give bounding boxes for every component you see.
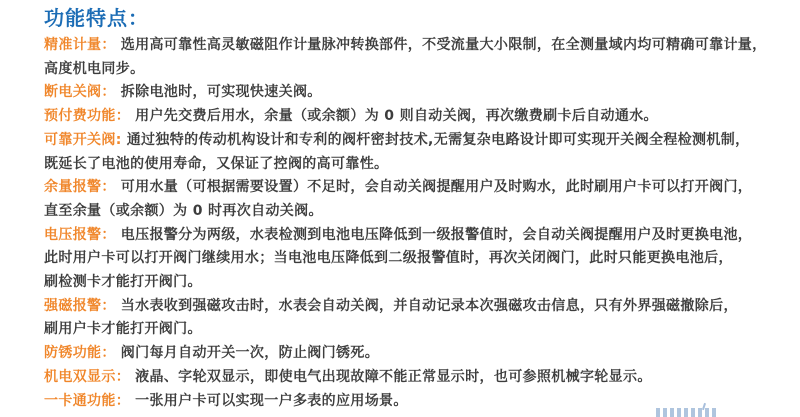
feature-line: 预付费功能：用户先交费后用水，余量（或余额）为 0 则自动关阀，再次缴费刷卡后自… [44, 105, 770, 129]
feature-line: 余量报警：可用水量（可根据需要设置）不足时，会自动关阀提醒用户及时购水，此时刷用… [44, 176, 770, 200]
feature-text: 一张用户卡可以实现一户多表的应用场景。 [135, 393, 408, 409]
feature-text: 拆除电池时，可实现快速关阀。 [121, 84, 322, 100]
feature-line: 机电双显示：液晶、字轮双显示，即使电气出现故障不能正常显示时，也可参照机械字轮显… [44, 366, 770, 390]
page: { "page": { "title": "功能特点：" }, "colors"… [0, 0, 800, 417]
feature-label: 精准计量： [44, 37, 116, 53]
feature-text: 可用水量（可根据需要设置）不足时，会自动关阀提醒用户及时购水，此时刷用户卡可以打… [121, 179, 752, 195]
feature-label: 强磁报警： [44, 298, 116, 314]
feature-reliable-valve: 可靠开关阀:通过独特的传动机构设计和专利的阀杆密封技术,无需复杂电路设计即可实现… [44, 129, 770, 176]
feature-text: 当水表收到强磁攻击时，水表会自动关阀，并自动记录本次强磁攻击信息，只有外界强磁撤… [121, 298, 738, 314]
feature-label: 可靠开关阀: [44, 132, 122, 148]
feature-anti-rust: 防锈功能：阀门每月自动开关一次，防止阀门锈死。 [44, 342, 770, 366]
feature-label: 机电双显示： [44, 369, 130, 385]
watermark-smudge [656, 408, 718, 417]
feature-line: 刷检测卡才能打开阀门。 [44, 271, 770, 295]
feature-line: 直至余量（或余额）为 0 时再次自动关阀。 [44, 200, 770, 224]
feature-label: 断电关阀： [44, 84, 116, 100]
feature-line: 刷用户卡才能打开阀门。 [44, 318, 770, 342]
feature-text: 选用高可靠性高灵敏磁阻作计量脉冲转换部件，不受流量大小限制，在全测量域内均可精确… [121, 37, 767, 53]
feature-line: 防锈功能：阀门每月自动开关一次，防止阀门锈死。 [44, 342, 770, 366]
feature-label: 一卡通功能： [44, 393, 130, 409]
feature-text: 用户先交费后用水，余量（或余额）为 0 则自动关阀，再次缴费刷卡后自动通水。 [135, 108, 658, 124]
feature-prepaid: 预付费功能：用户先交费后用水，余量（或余额）为 0 则自动关阀，再次缴费刷卡后自… [44, 105, 770, 129]
feature-document: 功能特点： 精准计量：选用高可靠性高灵敏磁阻作计量脉冲转换部件，不受流量大小限制… [0, 0, 800, 413]
feature-text: 通过独特的传动机构设计和专利的阀杆密封技术,无需复杂电路设计即可实现开关阀全程检… [127, 132, 750, 148]
feature-line: 强磁报警：当水表收到强磁攻击时，水表会自动关阀，并自动记录本次强磁攻击信息，只有… [44, 295, 770, 319]
feature-line: 精准计量：选用高可靠性高灵敏磁阻作计量脉冲转换部件，不受流量大小限制，在全测量域… [44, 34, 770, 58]
feature-label: 防锈功能： [44, 345, 116, 361]
feature-line: 高度机电同步。 [44, 58, 770, 82]
feature-line: 断电关阀：拆除电池时，可实现快速关阀。 [44, 81, 770, 105]
feature-line: 电压报警：电压报警分为两级，水表检测到电池电压降低到一级报警值时，会自动关阀提醒… [44, 224, 770, 248]
feature-magnet-alarm: 强磁报警：当水表收到强磁攻击时，水表会自动关阀，并自动记录本次强磁攻击信息，只有… [44, 295, 770, 342]
feature-balance-alarm: 余量报警：可用水量（可根据需要设置）不足时，会自动关阀提醒用户及时购水，此时刷用… [44, 176, 770, 223]
feature-label: 预付费功能： [44, 108, 130, 124]
feature-line: 可靠开关阀:通过独特的传动机构设计和专利的阀杆密封技术,无需复杂电路设计即可实现… [44, 129, 770, 153]
page-title: 功能特点： [44, 5, 770, 32]
feature-label: 余量报警： [44, 179, 116, 195]
feature-voltage-alarm: 电压报警：电压报警分为两级，水表检测到电池电压降低到一级报警值时，会自动关阀提醒… [44, 224, 770, 295]
feature-line: 此时用户卡可以打开阀门继续用水；当电池电压降低到二级报警值时，再次关闭阀门，此时… [44, 247, 770, 271]
feature-label: 电压报警： [44, 227, 116, 243]
feature-dual-display: 机电双显示：液晶、字轮双显示，即使电气出现故障不能正常显示时，也可参照机械字轮显… [44, 366, 770, 390]
feature-accurate-metering: 精准计量：选用高可靠性高灵敏磁阻作计量脉冲转换部件，不受流量大小限制，在全测量域… [44, 34, 770, 81]
feature-text: 电压报警分为两级，水表检测到电池电压降低到一级报警值时，会自动关阀提醒用户及时更… [121, 227, 752, 243]
feature-text: 阀门每月自动开关一次，防止阀门锈死。 [121, 345, 379, 361]
feature-line: 既延长了电池的使用寿命，又保证了控阀的高可靠性。 [44, 153, 770, 177]
feature-power-off-valve: 断电关阀：拆除电池时，可实现快速关阀。 [44, 81, 770, 105]
feature-text: 液晶、字轮双显示，即使电气出现故障不能正常显示时，也可参照机械字轮显示。 [135, 369, 652, 385]
